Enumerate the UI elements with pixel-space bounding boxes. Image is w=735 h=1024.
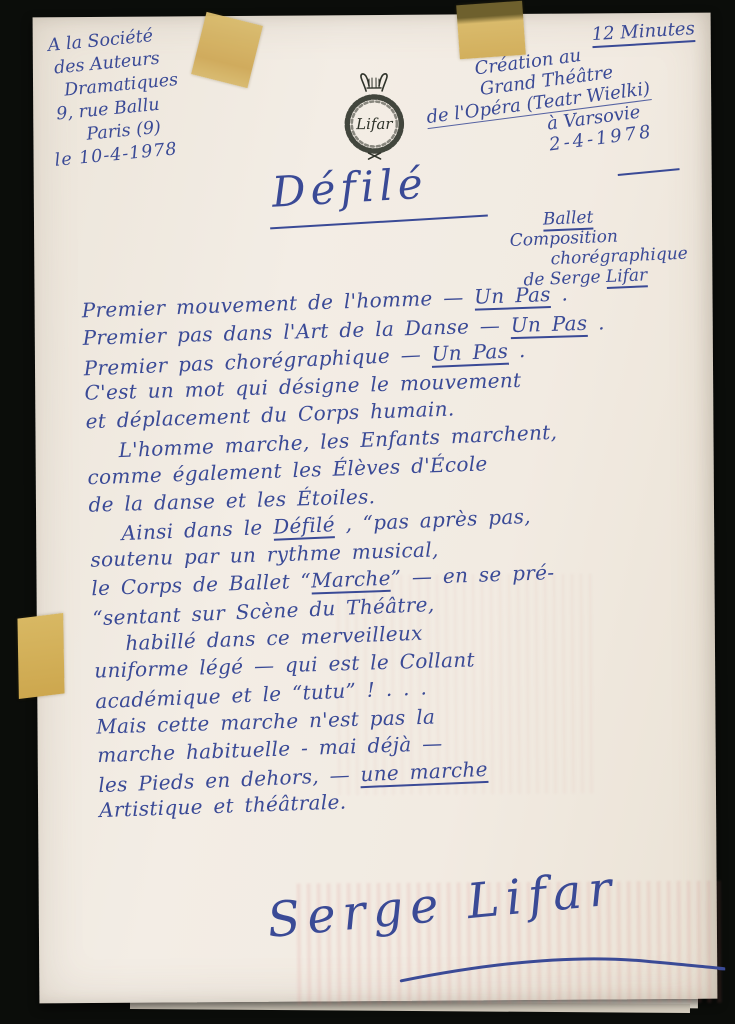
photograph-of-handwritten-letter: A la Société des Auteurs Dramatiques 9, …	[0, 0, 735, 1024]
handwritten-dash	[618, 168, 680, 176]
letter-paper: A la Société des Auteurs Dramatiques 9, …	[33, 13, 718, 1004]
lyre-wreath-emblem-icon: Lifar	[333, 71, 416, 166]
adhesive-tape-left-middle	[17, 613, 64, 699]
adhesive-tape-top-center	[456, 1, 526, 59]
document-title: Défilé	[270, 159, 428, 217]
lyre-strings	[369, 78, 379, 88]
wreath-ribbon	[369, 153, 381, 159]
signature-flourish-stroke	[395, 945, 725, 991]
title-underline-stroke	[270, 215, 488, 230]
sender-address-block: A la Société des Auteurs Dramatiques 9, …	[47, 23, 186, 172]
emblem-monogram: Lifar	[355, 115, 393, 133]
letter-body: Premier mouvement de l'homme — Un Pas . …	[81, 277, 691, 825]
letter-date: le 10-4-1978	[54, 138, 186, 173]
